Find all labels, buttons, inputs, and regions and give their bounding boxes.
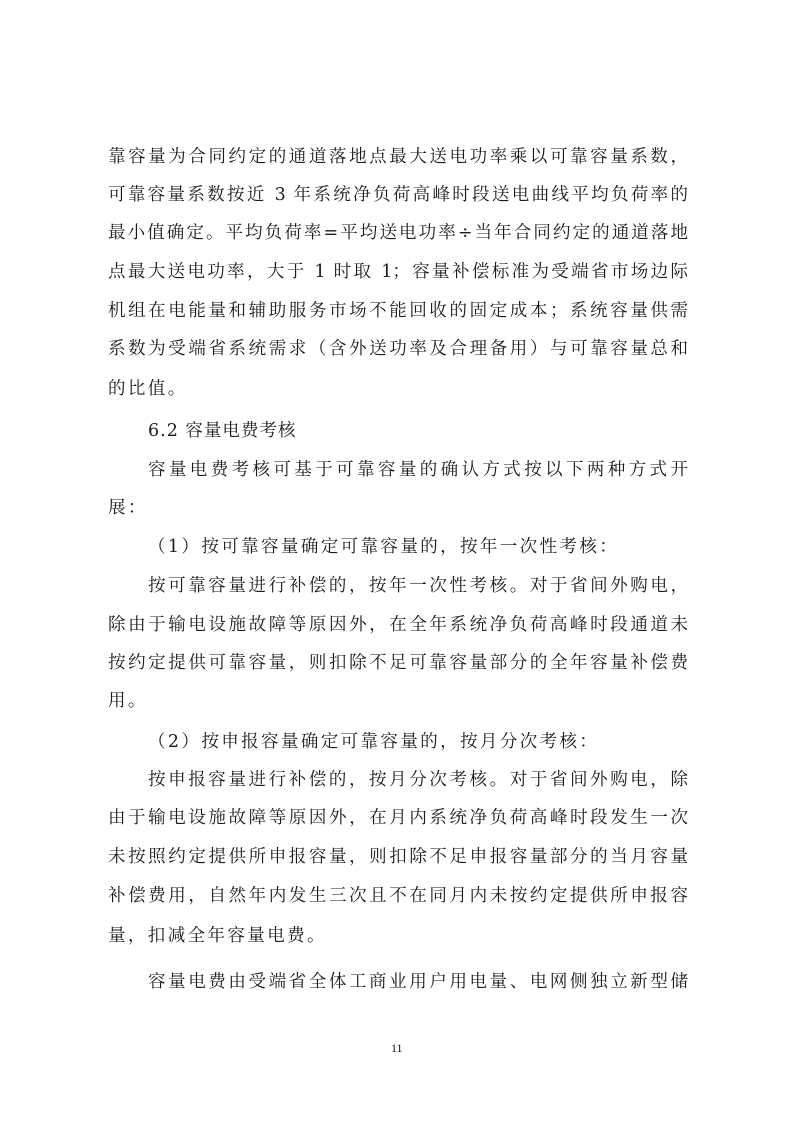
text-line: 点最大送电功率，大于 1 时取 1；容量补偿标准为受端省市场边际 <box>108 260 688 284</box>
text-line: 最小值确定。平均负荷率=平均送电功率÷当年合同约定的通道落地 <box>108 221 688 245</box>
text-line: 容量电费由受端省全体工商业用户用电量、电网侧独立新型储 <box>148 970 688 994</box>
text-line: 按可靠容量进行补偿的，按年一次性考核。对于省间外购电， <box>148 574 688 598</box>
text-line: （2）按申报容量确定可靠容量的，按月分次考核： <box>148 730 688 754</box>
text-line: 补偿费用，自然年内发生三次且不在同月内未按约定提供所申报容 <box>108 884 688 908</box>
section-heading: 6.2 容量电费考核 <box>148 419 688 443</box>
text-line: 按申报容量进行补偿的，按月分次考核。对于省间外购电，除 <box>148 768 688 792</box>
page-number: 11 <box>391 1040 403 1056</box>
text-line: 机组在电能量和辅助服务市场不能回收的固定成本；系统容量供需 <box>108 299 688 323</box>
text-line: 由于输电设施故障等原因外，在月内系统净负荷高峰时段发生一次 <box>108 806 688 830</box>
text-line: 的比值。 <box>108 377 688 401</box>
text-line: 未按照约定提供所申报容量，则扣除不足申报容量部分的当月容量 <box>108 845 688 869</box>
text-line: （1）按可靠容量确定可靠容量的，按年一次性考核： <box>148 535 688 559</box>
text-line: 靠容量为合同约定的通道落地点最大送电功率乘以可靠容量系数， <box>108 145 688 169</box>
text-line: 容量电费考核可基于可靠容量的确认方式按以下两种方式开 <box>148 458 688 482</box>
text-line: 可靠容量系数按近 3 年系统净负荷高峰时段送电曲线平均负荷率的 <box>108 183 688 207</box>
text-line: 除由于输电设施故障等原因外，在全年系统净负荷高峰时段通道未 <box>108 613 688 637</box>
text-line: 展： <box>108 496 688 520</box>
text-line: 按约定提供可靠容量，则扣除不足可靠容量部分的全年容量补偿费 <box>108 651 688 675</box>
text-line: 用。 <box>108 689 688 713</box>
text-line: 系数为受端省系统需求（含外送功率及合理备用）与可靠容量总和 <box>108 337 688 361</box>
text-line: 量，扣减全年容量电费。 <box>108 924 688 948</box>
document-page: 靠容量为合同约定的通道落地点最大送电功率乘以可靠容量系数，可靠容量系数按近 3 … <box>0 0 794 1123</box>
